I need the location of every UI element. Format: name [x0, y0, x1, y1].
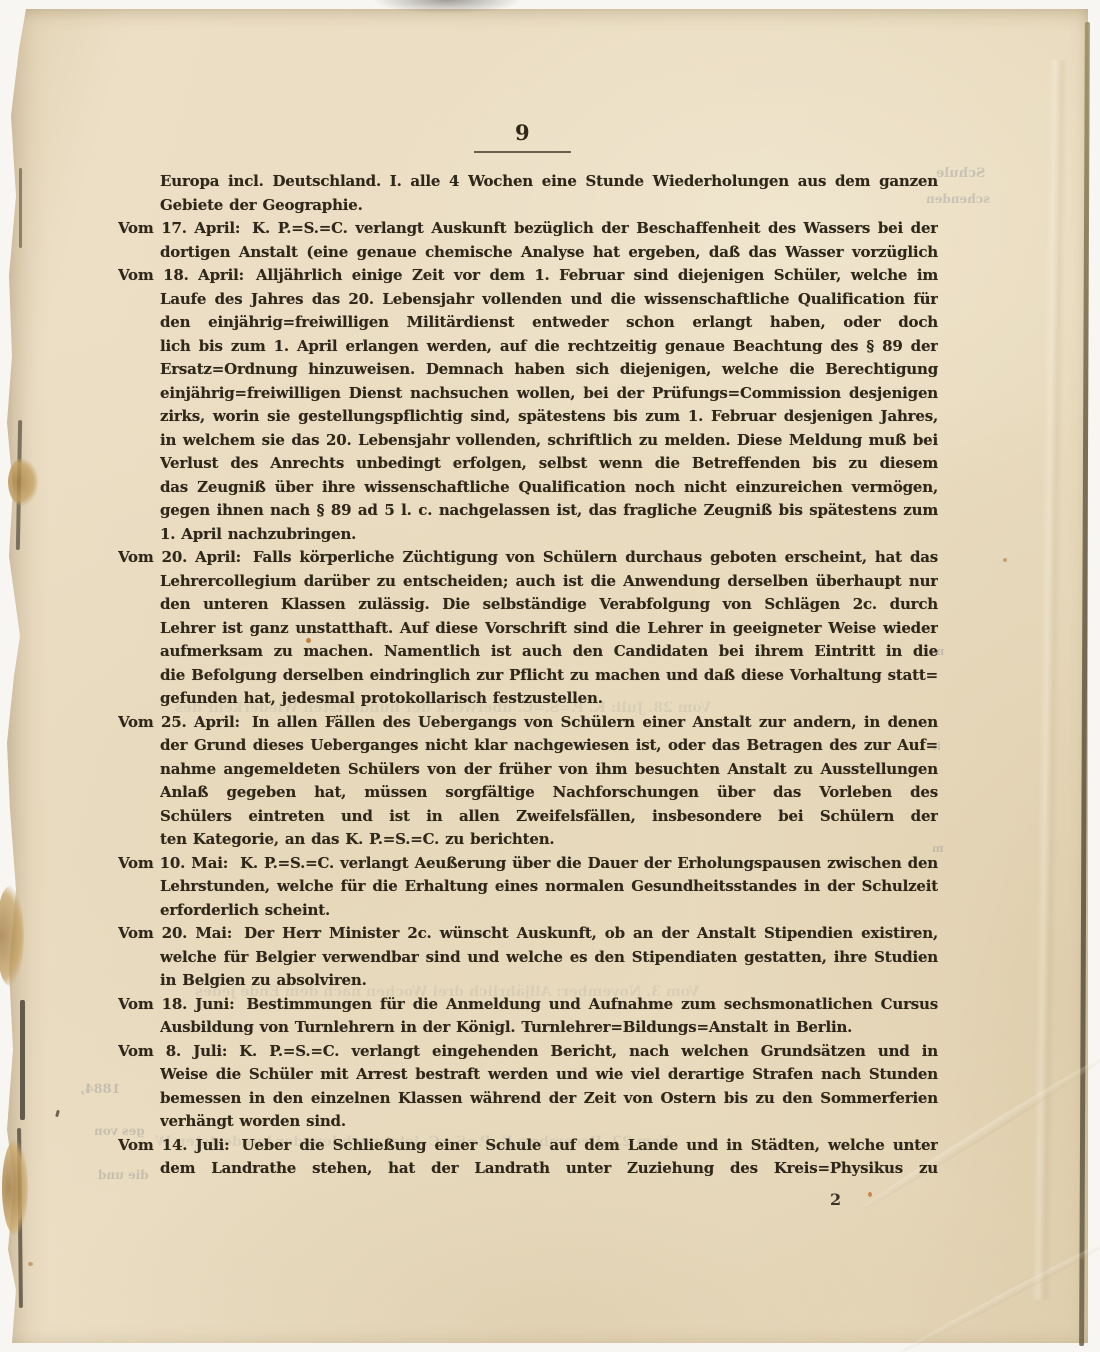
text-line: den einjährig=freiwilligen Militärdienst…	[160, 311, 938, 335]
scan-top-smudge	[372, 0, 522, 14]
text-line: das Zeugniß über ihre wissenschaftliche …	[160, 476, 938, 500]
paragraph: Vom 10. Mai:K. P.=S.=C. verlangt Aeußeru…	[118, 852, 938, 923]
page-number-rule	[474, 151, 571, 153]
entry-date-label: Vom 18. April:	[118, 266, 244, 284]
text-line: Lehrercollegium darüber zu entscheiden; …	[160, 570, 938, 594]
entry-date-label: Vom 20. Mai:	[118, 924, 232, 942]
entry-text: Ueber die Schließung einer Schule auf de…	[242, 1136, 938, 1154]
text-line: Vom 14. Juli:Ueber die Schließung einer …	[118, 1134, 938, 1158]
entry-text: In allen Fällen des Uebergangs von Schül…	[252, 713, 938, 731]
text-line: zirks, worin sie gestellungspflichtig si…	[160, 405, 938, 429]
entry-text: K. P.=S.=C. verlangt Aeußerung über die …	[240, 854, 938, 872]
binding-edge-mark	[19, 168, 22, 248]
text-line: Vom 10. Mai:K. P.=S.=C. verlangt Aeußeru…	[118, 852, 938, 876]
torn-edge-stain	[2, 1140, 28, 1235]
entry-date-label: Vom 17. April:	[118, 219, 240, 237]
text-line: Vom 25. April:In allen Fällen des Ueberg…	[118, 711, 938, 735]
text-line: Vom 20. April:Falls körperliche Züchtigu…	[118, 546, 938, 570]
text-line: Lehrer ist ganz unstatthaft. Auf diese V…	[160, 617, 938, 641]
entry-text: Bestimmungen für die Anmeldung und Aufna…	[118, 995, 938, 1017]
text-line: lich bis zum 1. April erlangen werden, a…	[160, 335, 938, 359]
text-line: in Belgien zu absolviren.	[160, 969, 938, 993]
text-line: Ersatz=Ordnung hinzuweisen. Demnach habe…	[160, 358, 938, 382]
signature-mark: 2	[830, 1190, 841, 1209]
entry-date-label: Vom 10. Mai:	[118, 854, 228, 872]
entry-text: Falls körperliche Züchtigung von Schüler…	[253, 548, 938, 566]
text-line: die Befolgung derselben eindringlich zur…	[160, 664, 938, 688]
text-line: erforderlich scheint.	[160, 899, 938, 923]
entry-date-label: Vom 20. April:	[118, 548, 241, 566]
rust-speck	[1003, 558, 1007, 562]
entry-date-label: Vom 14. Juli:	[118, 1136, 230, 1154]
text-line: Europa incl. Deutschland. I. alle 4 Woch…	[160, 170, 938, 194]
paragraph: Vom 20. April:Falls körperliche Züchtigu…	[118, 546, 938, 711]
paragraph: Vom 20. Mai:Der Herr Minister 2c. wünsch…	[118, 922, 938, 993]
text-line: Vom 8. Juli:K. P.=S.=C. verlangt eingehe…	[118, 1040, 938, 1064]
entry-date-label: Vom 25. April:	[118, 713, 240, 731]
text-line: einjährig=freiwilligen Dienst nachsuchen…	[160, 382, 938, 406]
page-number: 9	[470, 120, 575, 145]
entry-text: K. P.=S.=C. verlangt Auskunft bezüglich …	[252, 219, 938, 237]
text-line: Ausbildung von Turnlehrern in der Königl…	[160, 1016, 938, 1040]
text-line: Verlust des Anrechts unbedingt erfolgen,…	[160, 452, 938, 476]
text-line: gegen ihnen nach § 89 ad 5 l. c. nachgel…	[160, 499, 938, 523]
paragraph: Vom 25. April:In allen Fällen des Ueberg…	[118, 711, 938, 852]
entry-text: K. P.=S.=C. verlangt eingehenden Bericht…	[118, 1042, 938, 1064]
text-line: ten Kategorie, an das K. P.=S.=C. zu ber…	[160, 828, 938, 852]
text-line: dortigen Anstalt (eine genaue chemische …	[160, 241, 938, 265]
text-line: den unteren Klassen zulässig. Die selbst…	[160, 593, 938, 617]
paragraph: Vom 18. Juni:Bestimmungen für die Anmeld…	[118, 993, 938, 1040]
text-line: gefunden hat, jedesmal protokollarisch f…	[160, 687, 938, 711]
entry-date-label: Vom 8. Juli:	[118, 1042, 227, 1060]
text-line: Gebiete der Geographie.	[160, 194, 938, 218]
text-line: welche für Belgier verwendbar sind und w…	[160, 946, 938, 970]
text-line: Lehrstunden, welche für die Erhaltung ei…	[160, 875, 938, 899]
text-line: bemessen in den einzelnen Klassen währen…	[160, 1087, 938, 1111]
text-line: Vom 18. Juni:Bestimmungen für die Anmeld…	[118, 993, 938, 1017]
text-block: Europa incl. Deutschland. I. alle 4 Woch…	[118, 170, 938, 1181]
text-line: 1. April nachzubringen.	[160, 523, 938, 547]
text-line: Vom 17. April:K. P.=S.=C. verlangt Ausku…	[118, 217, 938, 241]
paragraph: Vom 18. April:Alljährlich einige Zeit vo…	[118, 264, 938, 546]
paragraph: Vom 8. Juli:K. P.=S.=C. verlangt eingehe…	[118, 1040, 938, 1134]
text-line: dem Landrathe stehen, hat der Landrath u…	[160, 1157, 938, 1181]
paragraph: Vom 14. Juli:Ueber die Schließung einer …	[118, 1134, 938, 1181]
torn-edge-stain	[8, 458, 38, 506]
text-line: Schülers eintreten und ist in allen Zwei…	[160, 805, 938, 829]
text-line: in welchem sie das 20. Lebensjahr vollen…	[160, 429, 938, 453]
paragraph: Vom 17. April:K. P.=S.=C. verlangt Ausku…	[118, 217, 938, 264]
paragraph: Europa incl. Deutschland. I. alle 4 Woch…	[118, 170, 938, 217]
text-line: der Grund dieses Ueberganges nicht klar …	[160, 734, 938, 758]
text-line: Laufe des Jahres das 20. Lebensjahr voll…	[160, 288, 938, 312]
text-line: Anlaß gegeben hat, müssen sorgfältige Na…	[160, 781, 938, 805]
text-line: Weise die Schüler mit Arrest bestraft we…	[160, 1063, 938, 1087]
text-line: Vom 20. Mai:Der Herr Minister 2c. wünsch…	[118, 922, 938, 946]
text-line: verhängt worden sind.	[160, 1110, 938, 1134]
text-line: aufmerksam zu machen. Namentlich ist auc…	[160, 640, 938, 664]
entry-text: Der Herr Minister 2c. wünscht Auskunft, …	[244, 924, 938, 942]
entry-text: Alljährlich einige Zeit vor dem 1. Febru…	[256, 266, 938, 284]
text-line: nahme angemeldeten Schülers von der früh…	[160, 758, 938, 782]
rust-speck	[28, 1262, 33, 1266]
binding-edge-mark	[20, 1000, 25, 1120]
entry-date-label: Vom 18. Juni:	[118, 995, 234, 1013]
text-line: Vom 18. April:Alljährlich einige Zeit vo…	[118, 264, 938, 288]
rust-speck	[868, 1192, 872, 1197]
